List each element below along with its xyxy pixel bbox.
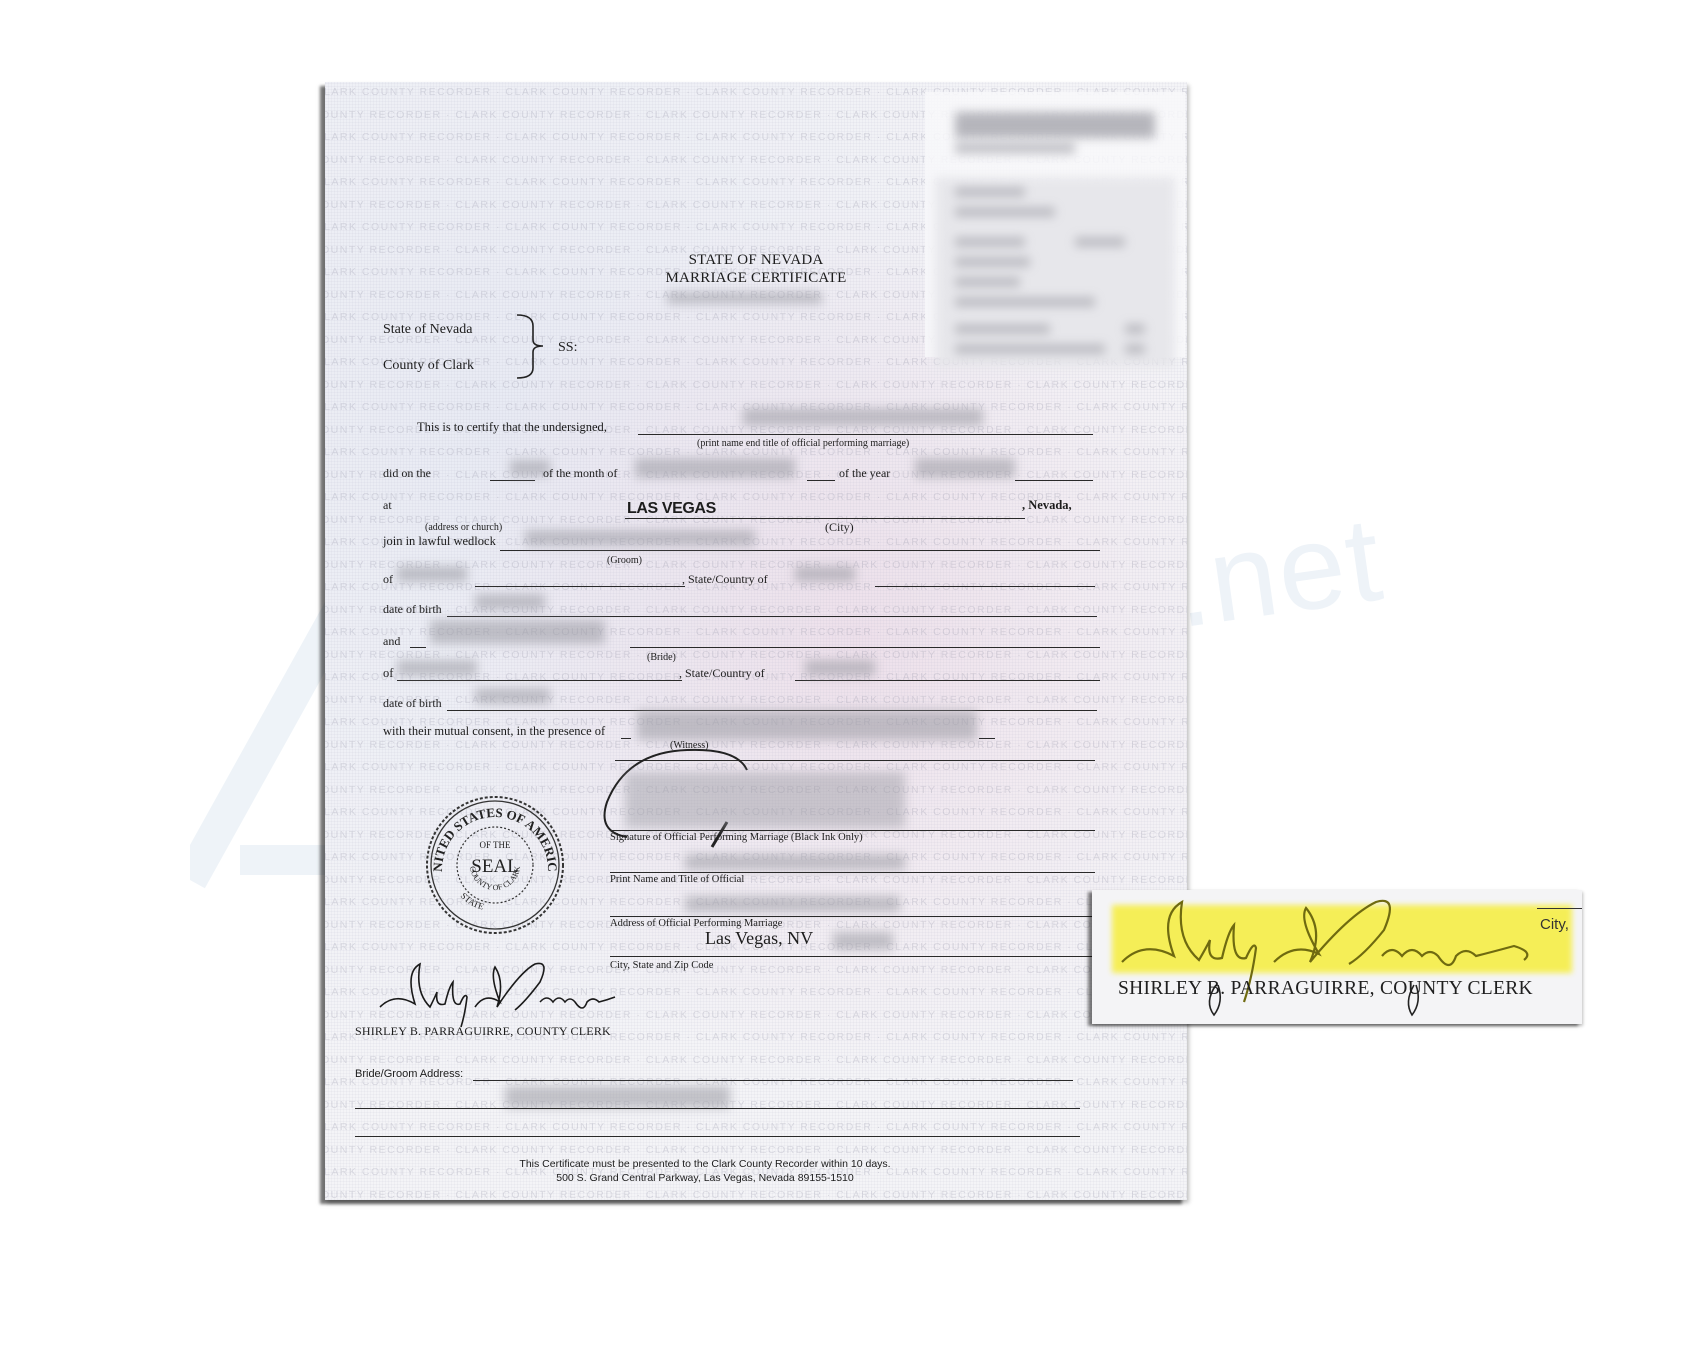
- month-value: [635, 458, 795, 478]
- security-microtext-line: CLARK COUNTY RECORDER · CLARK COUNTY REC…: [325, 1144, 1187, 1156]
- print-name-label: Print Name and Title of Official: [610, 874, 744, 885]
- official-name-value: [743, 408, 983, 426]
- security-microtext-line: CLARK COUNTY RECORDER · CLARK COUNTY REC…: [325, 379, 1187, 391]
- county-seal-icon: UNITED STATES OF AMERICA OF THE SEAL COU…: [420, 790, 570, 940]
- groom-of-label: of: [383, 572, 393, 587]
- marriage-certificate: CLARK COUNTY RECORDER · CLARK COUNTY REC…: [325, 82, 1187, 1200]
- footer-notice: This Certificate must be presented to th…: [325, 1158, 1085, 1170]
- official-city-value: Las Vegas, NV: [705, 928, 813, 949]
- security-microtext-line: CLARK COUNTY RECORDER · CLARK COUNTY REC…: [325, 1054, 1187, 1066]
- clerk-signature-inset: City, SHIRLEY B. PARRAGUIRRE, COUNTY CLE…: [1092, 890, 1582, 1024]
- year-value: [915, 458, 1015, 478]
- witness-value: [637, 710, 977, 740]
- groom-state-value: [795, 566, 855, 582]
- recorder-stamp: [925, 92, 1185, 357]
- bride-state-value: [805, 660, 875, 676]
- groom-dob-label: date of birth: [383, 602, 442, 617]
- bride-state-label: , State/Country of: [679, 666, 765, 681]
- groom-hint: (Groom): [607, 555, 642, 566]
- bride-dob-value: [475, 688, 550, 704]
- and-label: and: [383, 634, 400, 649]
- security-microtext-line: CLARK COUNTY RECORDER · CLARK COUNTY REC…: [325, 1121, 1187, 1133]
- bride-dob-label: date of birth: [383, 696, 442, 711]
- groom-state-label: , State/Country of: [682, 572, 768, 587]
- signature-label: Signature of Official Performing Marriag…: [610, 832, 863, 843]
- bride-city-value: [397, 660, 477, 676]
- certificate-number: [667, 292, 822, 304]
- venue-county: County of Clark: [383, 358, 474, 374]
- bride-groom-address-label: Bride/Groom Address:: [355, 1068, 463, 1080]
- groom-city-value: [397, 566, 467, 582]
- certify-label: This is to certify that the undersigned,: [417, 420, 607, 435]
- official-hint: (print name end title of official perfor…: [697, 438, 909, 449]
- did-on-label: did on the: [383, 466, 431, 481]
- wedlock-label: join in lawful wedlock: [383, 534, 496, 549]
- venue-ss: SS:: [558, 340, 577, 356]
- security-microtext-line: CLARK COUNTY RECORDER · CLARK COUNTY REC…: [325, 1189, 1187, 1201]
- groom-value: [525, 530, 755, 546]
- venue-state: State of Nevada: [383, 322, 472, 338]
- brace-icon: [515, 312, 555, 380]
- consent-label: with their mutual consent, in the presen…: [383, 724, 605, 739]
- official-zip-value: [833, 932, 893, 950]
- at-label: at: [383, 498, 392, 513]
- nevada-suffix: , Nevada,: [1022, 498, 1072, 513]
- security-microtext-line: CLARK COUNTY RECORDER · CLARK COUNTY REC…: [325, 694, 1187, 706]
- official-address-value: [685, 896, 900, 912]
- city-hint: (City): [825, 520, 854, 535]
- certificate-title-state: STATE OF NEVADA: [325, 252, 1187, 269]
- security-microtext-line: CLARK COUNTY RECORDER · CLARK COUNTY REC…: [325, 649, 1187, 661]
- address-hint: (address or church): [425, 522, 502, 533]
- security-microtext-line: CLARK COUNTY RECORDER · CLARK COUNTY REC…: [325, 604, 1187, 616]
- print-name-value: [685, 854, 905, 870]
- inset-clerk-name-title: SHIRLEY B. PARRAGUIRRE, COUNTY CLERK: [1118, 978, 1533, 1000]
- bride-value: [430, 620, 605, 644]
- official-signature-value: [625, 772, 905, 828]
- year-label: of the year: [839, 466, 890, 481]
- clerk-name-title: SHIRLEY B. PARRAGUIRRE, COUNTY CLERK: [355, 1024, 611, 1039]
- bride-groom-address-value: [505, 1086, 730, 1108]
- inset-clerk-signature-icon: [1114, 890, 1582, 1020]
- bride-of-label: of: [383, 666, 393, 681]
- groom-dob-value: [475, 594, 545, 610]
- city-state-zip-label: City, State and Zip Code: [610, 960, 713, 971]
- bride-hint: (Bride): [647, 652, 676, 663]
- footer-address: 500 S. Grand Central Parkway, Las Vegas,…: [325, 1172, 1085, 1184]
- month-label: of the month of: [543, 466, 617, 481]
- clerk-signature-icon: [375, 952, 625, 1032]
- svg-text:STATE: STATE: [459, 891, 486, 912]
- svg-text:OF THE: OF THE: [479, 840, 511, 850]
- certificate-title: MARRIAGE CERTIFICATE: [325, 270, 1187, 287]
- place-value: LAS VEGAS: [627, 500, 716, 518]
